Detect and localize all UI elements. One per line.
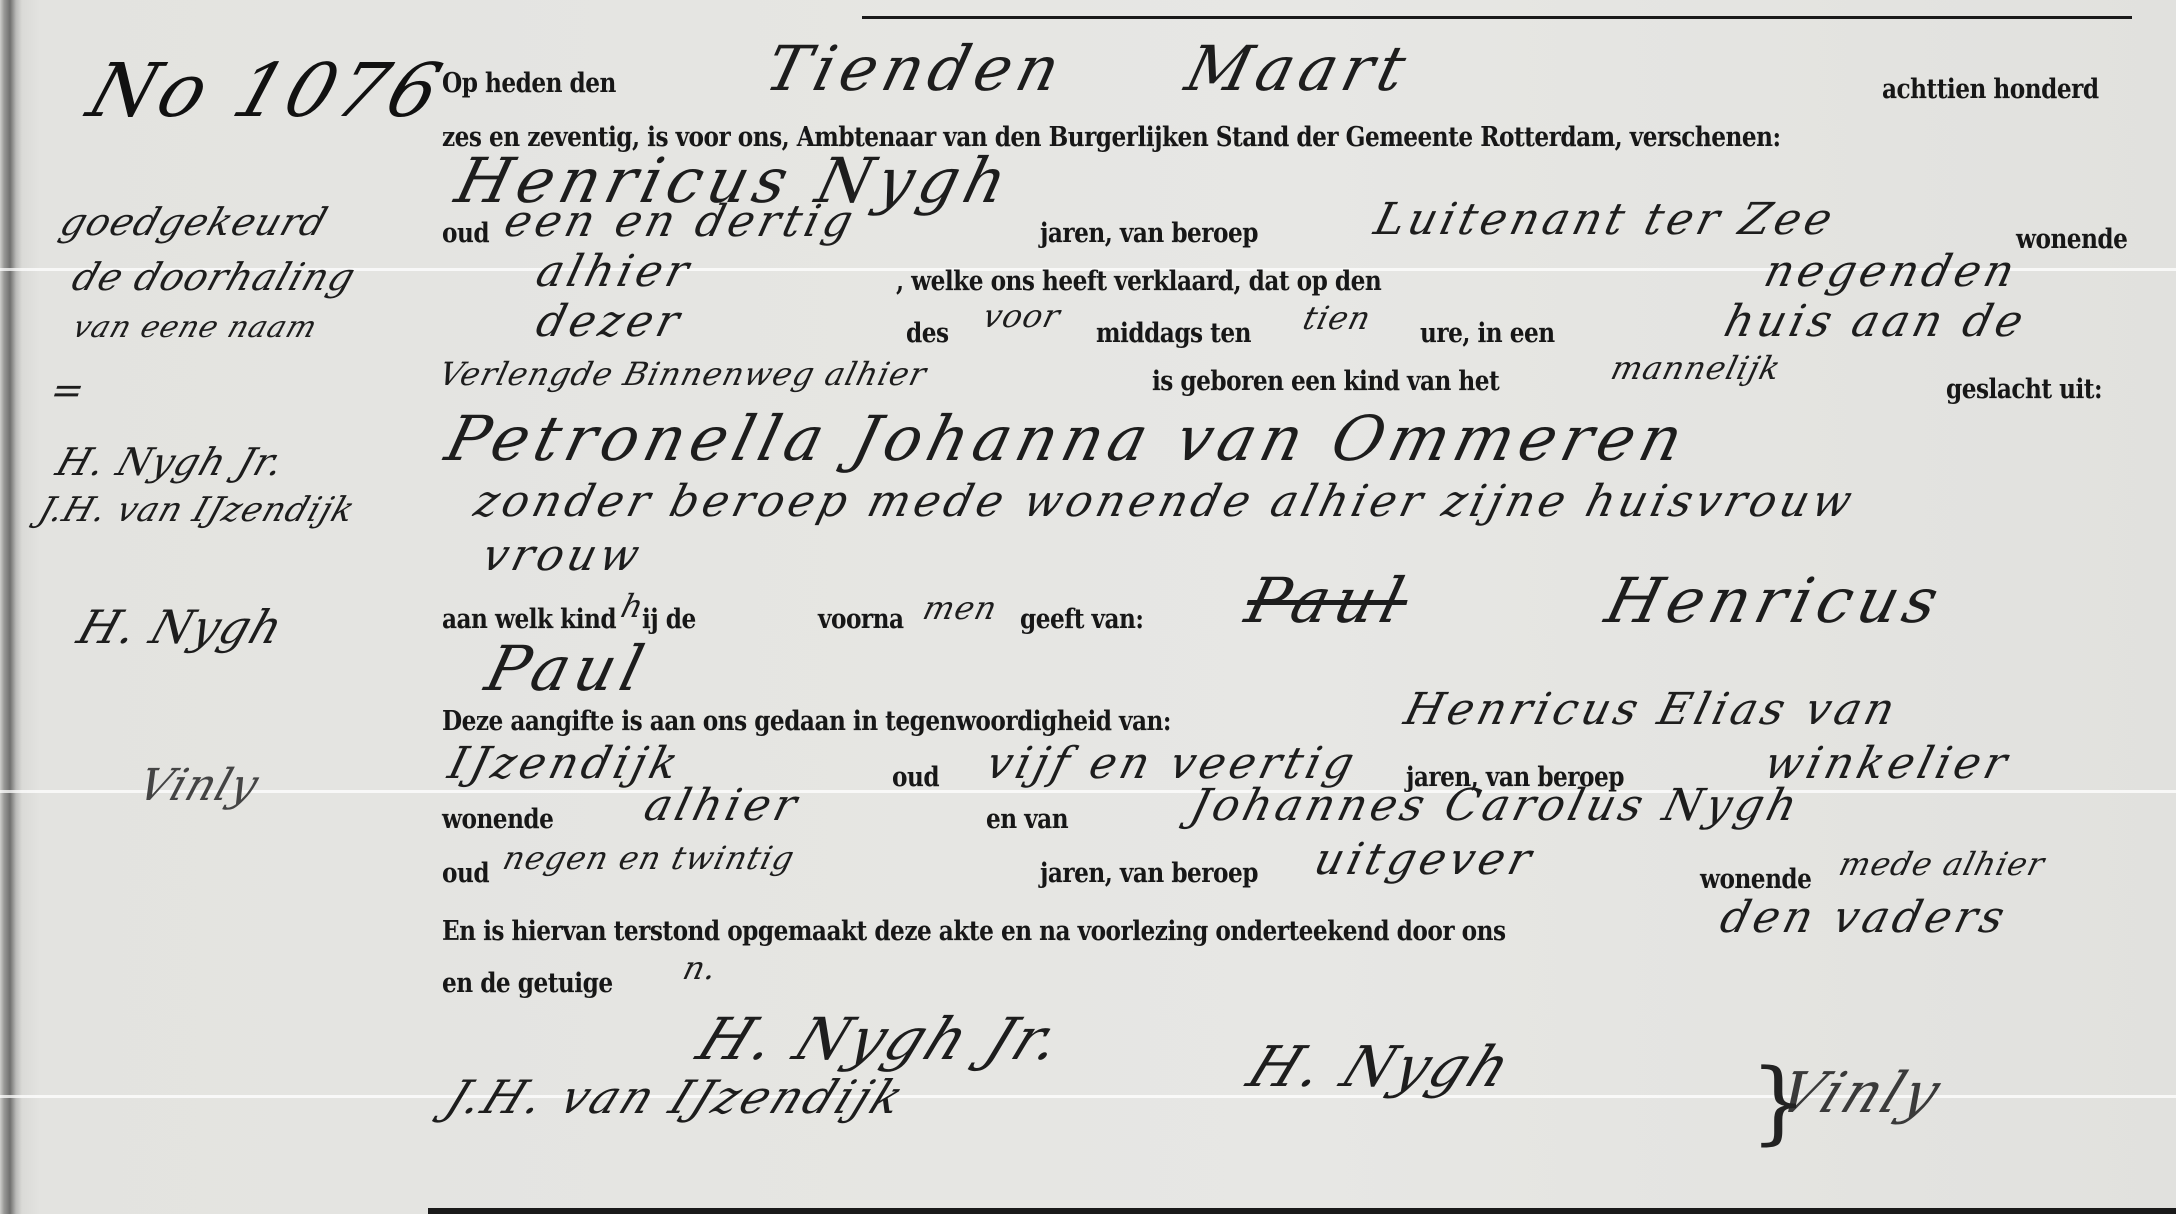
printed-deze-aangifte: Deze aangifte is aan ons gedaan in tegen…: [442, 708, 1171, 735]
printed-welke-ons: , welke ons heeft verklaard, dat op den: [896, 268, 1381, 295]
hand-witness1-name: Henricus Elias van: [1400, 688, 1903, 732]
hand-birth-day: negenden: [1760, 250, 2022, 294]
printed-jaren-van-beroep-3: jaren, van beroep: [1040, 860, 1258, 887]
hand-declarant-occupation: Luitenant ter Zee: [1370, 198, 1840, 242]
printed-voorna: voorna: [818, 606, 904, 633]
printed-en-is-hiervan: En is hiervan terstond opgemaakt deze ak…: [442, 918, 1506, 945]
printed-op-heden-den: Op heden den: [442, 70, 616, 97]
hand-given-names: Henricus: [1600, 570, 1950, 632]
margin-note-dash: =: [45, 368, 92, 412]
hand-witness2-age: negen en twintig: [500, 842, 798, 874]
hand-signed-by: den vaders: [1716, 896, 2012, 940]
signature-brace: }: [1750, 1050, 1807, 1155]
printed-en-van: en van: [986, 806, 1068, 833]
hand-sex: mannelijk: [1608, 352, 1784, 384]
hand-declarant-age: een en dertig: [500, 200, 861, 244]
printed-geeft-van: geeft van:: [1020, 606, 1143, 633]
hand-mother-name: Petronella Johanna van Ommeren: [440, 408, 1695, 470]
hand-mother-info: zonder beroep mede wonende alhier zijne …: [470, 480, 1860, 524]
record-number: No 1076: [78, 48, 455, 134]
hand-date-day: Tienden: [760, 38, 1072, 100]
hand-mother-info-2: vrouw: [478, 534, 647, 578]
printed-middags-ten: middags ten: [1096, 320, 1251, 347]
hand-birth-hour: tien: [1300, 302, 1375, 334]
hand-witness2-residence: mede alhier: [1836, 848, 2048, 880]
hand-getuige-suffix: n.: [680, 952, 721, 984]
printed-des: des: [906, 320, 949, 347]
hand-birth-day-cont: dezer: [532, 300, 687, 344]
hand-given-names-struck: Paul: [1240, 570, 1415, 632]
printed-wonende-2: wonende: [442, 806, 553, 833]
hand-date-month: Maart: [1180, 38, 1417, 100]
printed-oud-2: oud: [892, 764, 939, 791]
margin-signature-2: J.H. van IJzendijk: [34, 490, 361, 530]
printed-oud: oud: [442, 220, 489, 247]
hand-voornamen-insert: men: [920, 592, 1001, 624]
hand-declarant-residence: alhier: [532, 250, 697, 294]
printed-achttien-honderd: achttien honderd: [1882, 76, 2099, 103]
bottom-rule: [428, 1208, 2176, 1214]
printed-jaren-van-beroep: jaren, van beroep: [1040, 220, 1258, 247]
margin-signature-3: H. Nygh: [71, 600, 290, 654]
margin-note-line3: van eene naam: [68, 310, 322, 345]
margin-note-line1: goedgekeurd: [55, 200, 334, 244]
hand-given-names-2: Paul: [480, 638, 655, 700]
signature-h-nygh-jr: H. Nygh Jr.: [690, 1010, 1073, 1068]
margin-signature-4: Vinly: [132, 760, 266, 811]
hand-birth-place-2: Verlengde Binnenweg alhier: [436, 358, 930, 390]
printed-aan-welk-kind: aan welk kind: [442, 606, 616, 633]
scan-artifact-line: [0, 790, 2176, 793]
hand-witness1-residence: alhier: [640, 784, 805, 828]
printed-wonende: wonende: [2016, 226, 2127, 253]
margin-note-line2: de doorhaling: [67, 255, 362, 299]
printed-en-de-getuige: en de getuige: [442, 970, 613, 997]
hand-witness2-occupation: uitgever: [1310, 838, 1539, 882]
signature-jh-van-ijzendijk: J.H. van IJzendijk: [440, 1074, 913, 1120]
printed-geslacht-uit: geslacht uit:: [1946, 376, 2102, 403]
hand-witness2-name: Johannes Carolus Nygh: [1186, 784, 1805, 828]
hand-witness1-surname: IJzendijk: [444, 742, 686, 786]
document-page: No 1076 goedgekeurd de doorhaling van ee…: [0, 0, 2176, 1214]
hand-birth-place-1: huis aan de: [1720, 300, 2031, 344]
printed-is-geboren: is geboren een kind van het: [1152, 368, 1499, 395]
printed-wonende-3: wonende: [1700, 866, 1811, 893]
margin-signature-1: H. Nygh Jr.: [51, 440, 290, 484]
printed-ure-in-een: ure, in een: [1420, 320, 1555, 347]
printed-oud-3: oud: [442, 860, 489, 887]
printed-ij-de: ij de: [642, 606, 696, 633]
hand-am-pm: voor: [980, 300, 1064, 332]
top-rule: [862, 16, 2132, 19]
signature-h-nygh: H. Nygh: [1240, 1040, 1521, 1096]
